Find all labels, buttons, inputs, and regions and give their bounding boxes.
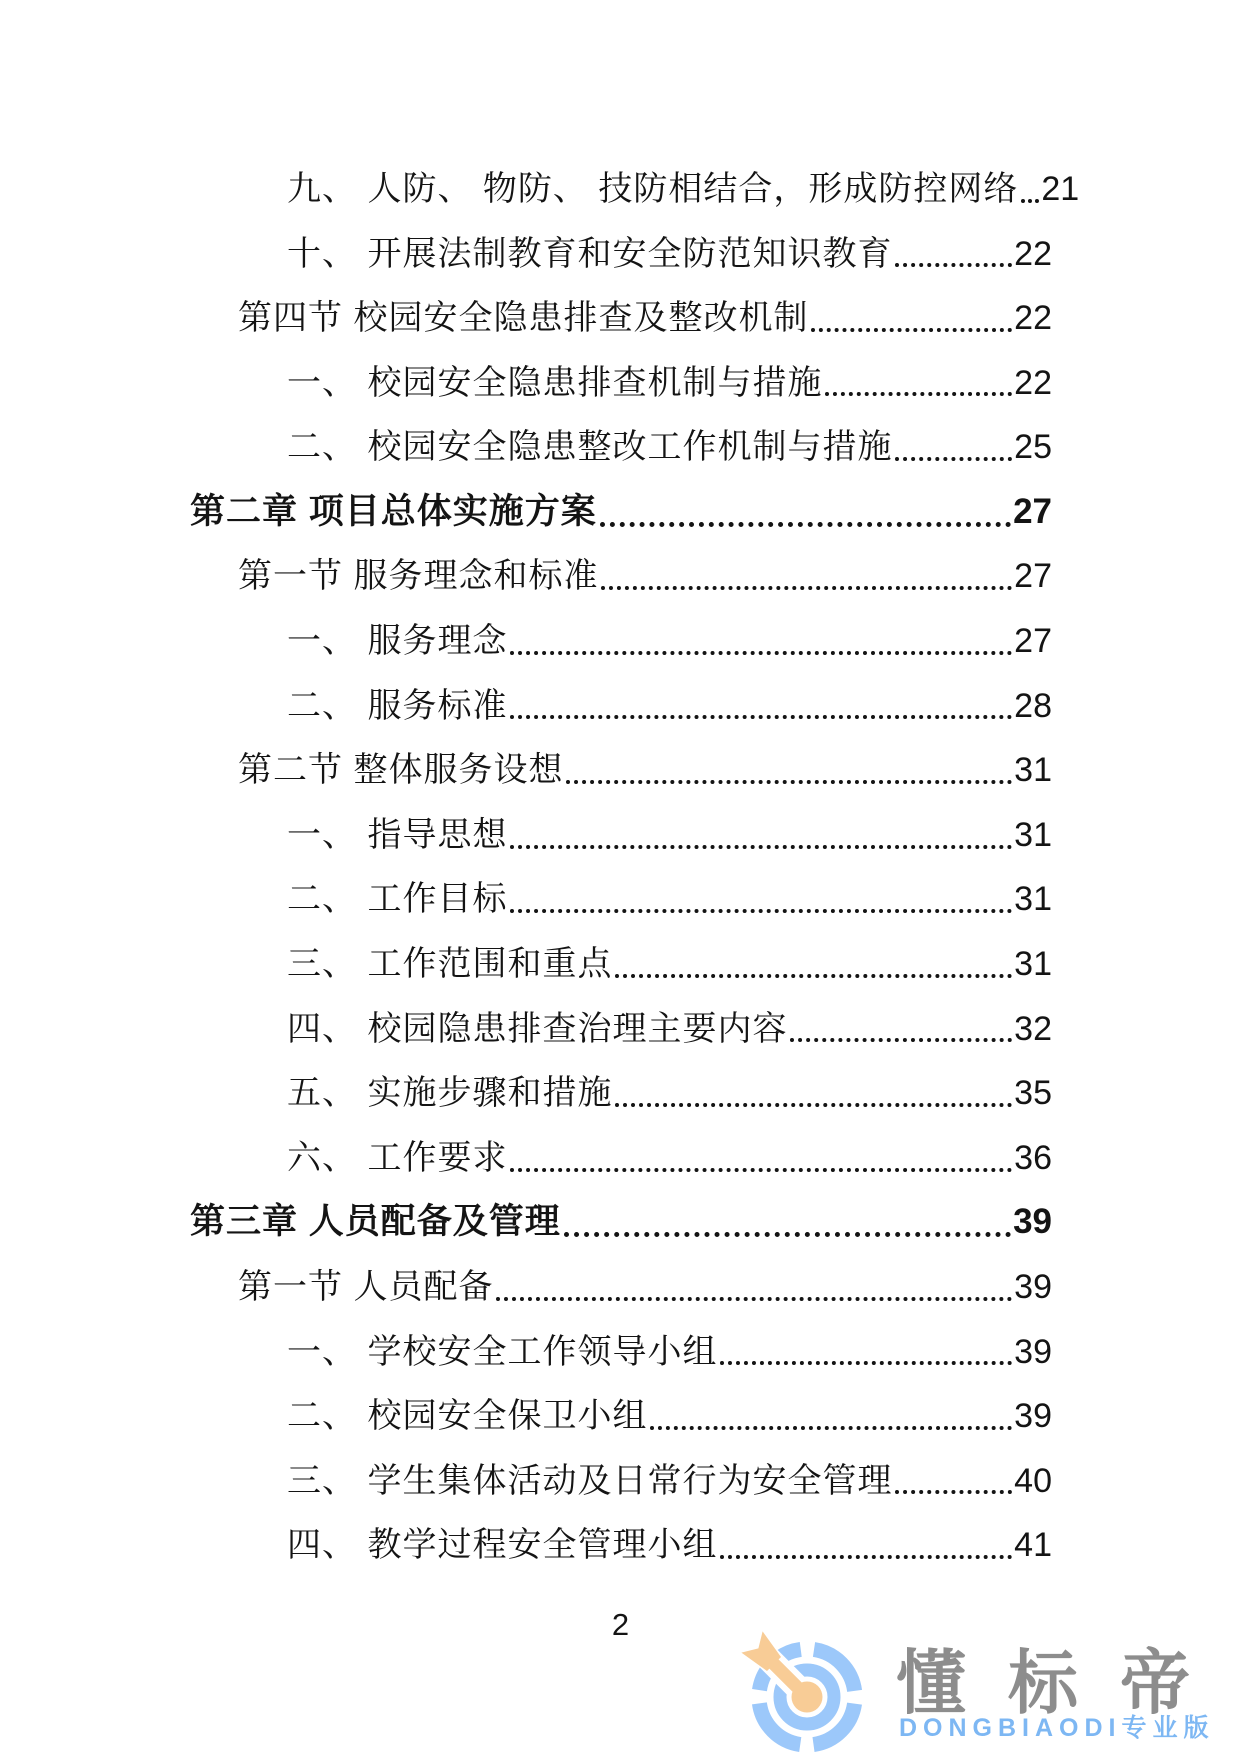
toc-entry-page-number: 39: [1014, 1270, 1052, 1306]
toc-entry-label: 二、 工作目标: [287, 882, 507, 918]
toc-entry-page-number: 36: [1014, 1141, 1052, 1177]
toc-entry: 一、 指导思想 31: [0, 791, 1052, 856]
dot-leader: [510, 845, 1012, 849]
toc-entry-page-number: 22: [1014, 366, 1052, 402]
toc-entry: 四、 教学过程安全管理小组 41: [0, 1501, 1052, 1566]
toc-entry: 第二章 项目总体实施方案 27: [0, 468, 1052, 533]
toc-entry-label: 第二节 整体服务设想: [238, 753, 563, 789]
toc-entry-label: 第三章 人员配备及管理: [190, 1204, 561, 1241]
toc-entry-page-number: 22: [1014, 301, 1052, 337]
toc-entry-label: 一、 服务理念: [287, 624, 507, 660]
watermark-brand-en: DONGBIAODI专业版: [899, 1713, 1215, 1743]
toc-entry-page-number: 31: [1014, 818, 1052, 854]
dot-leader: [790, 1038, 1012, 1042]
dot-leader: [510, 715, 1012, 719]
toc-entry-page-number: 40: [1014, 1464, 1052, 1500]
toc-entry-label: 五、 实施步骤和措施: [287, 1076, 612, 1112]
dot-leader: [615, 974, 1012, 978]
toc-entry: 五、 实施步骤和措施 35: [0, 1049, 1052, 1114]
dot-leader: [600, 522, 1011, 527]
toc-entry-label: 四、 教学过程安全管理小组: [287, 1528, 717, 1564]
dot-leader: [510, 651, 1012, 655]
toc-entry-page-number: 31: [1014, 947, 1052, 983]
toc-entry-label: 二、 校园安全保卫小组: [287, 1399, 647, 1435]
toc-entry-page-number: 27: [1014, 624, 1052, 660]
toc-entry-label: 第四节 校园安全隐患排查及整改机制: [238, 301, 808, 337]
toc-entry-page-number: 39: [1014, 1399, 1052, 1435]
toc-entry-page-number: 35: [1014, 1076, 1052, 1112]
toc-entry-page-number: 31: [1014, 882, 1052, 918]
toc-entry-label: 十、 开展法制教育和安全防范知识教育: [287, 237, 892, 273]
toc-entry-page-number: 39: [1013, 1204, 1052, 1241]
dot-leader: [510, 1168, 1012, 1172]
watermark-brand-en-latin: DONGBIAODI: [899, 1714, 1122, 1742]
toc-entry-label: 二、 服务标准: [287, 689, 507, 725]
toc-entry: 三、 学生集体活动及日常行为安全管理 40: [0, 1437, 1052, 1502]
toc-entry-page-number: 41: [1014, 1528, 1052, 1564]
toc-entry: 三、 工作范围和重点 31: [0, 920, 1052, 985]
toc-entry: 第四节 校园安全隐患排查及整改机制 22: [0, 274, 1052, 339]
page-number: 2: [0, 1607, 1241, 1643]
dot-leader: [895, 263, 1012, 267]
toc-entry-label: 九、 人防、 物防、 技防相结合，形成防控网络: [287, 172, 1018, 208]
watermark-brand-suffix: 专业版: [1122, 1714, 1215, 1742]
toc-entry-page-number: 31: [1014, 753, 1052, 789]
dot-leader: [650, 1426, 1012, 1430]
dot-leader: [566, 780, 1012, 784]
toc-entry-label: 二、 校园安全隐患整改工作机制与措施: [287, 430, 892, 466]
table-of-contents: 九、 人防、 物防、 技防相结合，形成防控网络 21 十、 开展法制教育和安全防…: [0, 145, 1052, 1566]
toc-entry-label: 三、 学生集体活动及日常行为安全管理: [287, 1464, 892, 1500]
toc-entry: 十、 开展法制教育和安全防范知识教育 22: [0, 210, 1052, 275]
toc-entry: 第一节 人员配备 39: [0, 1243, 1052, 1308]
dot-leader: [895, 1490, 1012, 1494]
toc-entry-page-number: 22: [1014, 237, 1052, 273]
watermark-brand-cn: 懂标帝: [896, 1648, 1232, 1718]
toc-entry-page-number: 28: [1014, 689, 1052, 725]
toc-entry-label: 四、 校园隐患排查治理主要内容: [287, 1012, 787, 1048]
toc-entry-label: 三、 工作范围和重点: [287, 947, 612, 983]
toc-entry-label: 一、 学校安全工作领导小组: [287, 1335, 717, 1371]
toc-entry: 一、 校园安全隐患排查机制与措施 22: [0, 339, 1052, 404]
toc-entry-page-number: 27: [1013, 494, 1052, 531]
toc-entry-page-number: 27: [1014, 559, 1052, 595]
dot-leader: [1021, 199, 1039, 203]
dot-leader: [825, 392, 1012, 396]
toc-entry: 第一节 服务理念和标准 27: [0, 533, 1052, 598]
dot-leader: [895, 457, 1012, 461]
toc-entry: 六、 工作要求 36: [0, 1114, 1052, 1179]
toc-entry: 四、 校园隐患排查治理主要内容 32: [0, 985, 1052, 1050]
toc-entry-label: 六、 工作要求: [287, 1141, 507, 1177]
dot-leader: [564, 1232, 1011, 1237]
toc-entry-page-number: 39: [1014, 1335, 1052, 1371]
dot-leader: [720, 1361, 1012, 1365]
toc-entry-label: 第一节 人员配备: [238, 1270, 493, 1306]
toc-entry: 二、 校园安全保卫小组 39: [0, 1372, 1052, 1437]
dot-leader: [510, 909, 1012, 913]
toc-entry: 二、 服务标准 28: [0, 662, 1052, 727]
toc-entry-label: 第一节 服务理念和标准: [238, 559, 598, 595]
toc-entry-label: 第二章 项目总体实施方案: [190, 494, 597, 531]
toc-entry: 一、 学校安全工作领导小组 39: [0, 1308, 1052, 1373]
dot-leader: [601, 586, 1012, 590]
toc-entry-label: 一、 校园安全隐患排查机制与措施: [287, 366, 822, 402]
dot-leader: [615, 1103, 1012, 1107]
toc-entry-page-number: 32: [1014, 1012, 1052, 1048]
toc-entry: 第二节 整体服务设想 31: [0, 726, 1052, 791]
toc-entry: 二、 校园安全隐患整改工作机制与措施 25: [0, 403, 1052, 468]
toc-entry-page-number: 21: [1041, 172, 1079, 208]
toc-entry: 二、 工作目标 31: [0, 856, 1052, 921]
dot-leader: [811, 328, 1012, 332]
dot-leader: [720, 1555, 1012, 1559]
toc-entry: 第三章 人员配备及管理 39: [0, 1179, 1052, 1244]
toc-entry-page-number: 25: [1014, 430, 1052, 466]
toc-entry: 一、 服务理念 27: [0, 597, 1052, 662]
toc-entry-label: 一、 指导思想: [287, 818, 507, 854]
toc-entry: 九、 人防、 物防、 技防相结合，形成防控网络 21: [0, 145, 1052, 210]
dot-leader: [496, 1297, 1012, 1301]
